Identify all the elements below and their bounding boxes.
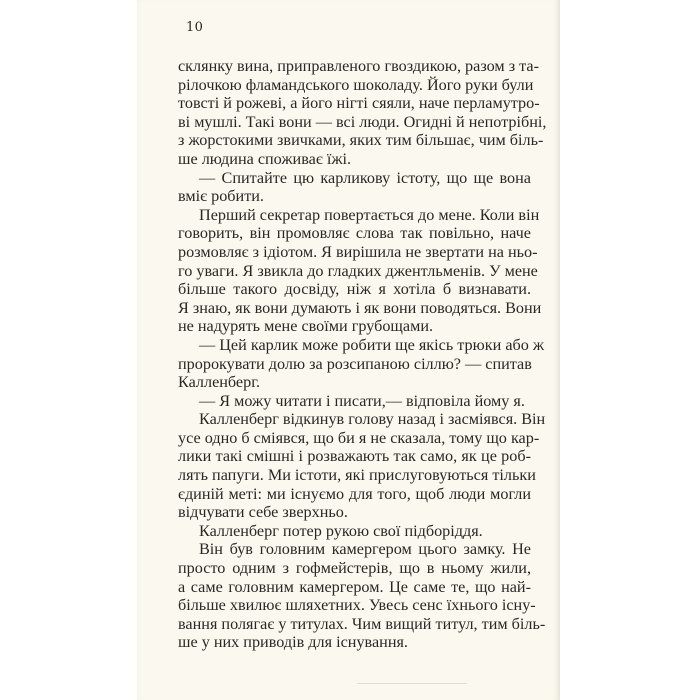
text-line: просто одним з гофмейстерів, що в ньому … [178, 559, 531, 578]
text-line: розмовляє з ідіотом. Я вирішила не зверт… [178, 243, 531, 262]
book-page: 10 склянку вина, приправленого гвоздикою… [137, 0, 560, 700]
text-line: лять папуги. Ми істоти, які прислуговуют… [178, 466, 531, 485]
text-line: Калленберг. [178, 373, 531, 392]
text-line: — Цей карлик може робити ще якісь трюки … [178, 336, 531, 355]
text-line: ві мушлі. Такі вони — всі люди. Огидні й… [178, 113, 531, 132]
text-line: Калленберг відкинув голову назад і засмі… [178, 410, 531, 429]
text-line: Я знаю, як вони думають і як вони поводя… [178, 299, 531, 318]
text-line: вання полягає у титулах. Чим вищий титул… [178, 615, 531, 634]
text-line: а саме головним камергером. Це саме те, … [178, 578, 531, 597]
text-line: Він був головним камергером цього замку.… [178, 540, 531, 559]
text-line: рілочкою фламандського шоколаду. Його ру… [178, 76, 531, 95]
text-line: товсті й рожеві, а його нігті сяяли, нач… [178, 94, 531, 113]
text-line: лики такі смішні і розважають так само, … [178, 447, 531, 466]
text-line: не надурять мене своїми грубощами. [178, 317, 531, 336]
text-line: більше такого досвіду, ніж я хотіла б ви… [178, 280, 531, 299]
text-line: говорить, він промовляє слова так повіль… [178, 224, 531, 243]
text-line: — Спитайте цю карликову істоту, що ще во… [178, 169, 531, 188]
text-line: вміє робити. [178, 187, 531, 206]
body-text: склянку вина, приправленого гвоздикою, р… [178, 57, 531, 652]
text-line: Калленберг потер рукою свої підборіддя. [178, 522, 531, 541]
text-line: єдиній меті: ми існуємо для того, щоб лю… [178, 485, 531, 504]
text-line: склянку вина, приправленого гвоздикою, р… [178, 57, 531, 76]
text-line: го уваги. Я звикла до гладких джентльмен… [178, 262, 531, 281]
text-line: більше хвилює шляхетних. Увесь сенс їхнь… [178, 596, 531, 615]
text-line: усе одно б сміявся, що би я не сказала, … [178, 429, 531, 448]
text-line: ше людина споживає їжі. [178, 150, 531, 169]
text-line: пророкувати долю за розсипаною сіллю? — … [178, 355, 531, 374]
text-line: — Я можу читати і писати,— відповіла йом… [178, 392, 531, 411]
text-line: відчувати себе зверхньо. [178, 503, 531, 522]
page-number: 10 [186, 20, 203, 35]
text-line: з жорстокими звичками, яких тим більшає,… [178, 131, 531, 150]
paper-mark [357, 683, 467, 684]
text-line: ше у них приводів для існування. [178, 633, 531, 652]
text-line: Перший секретар повертається до мене. Ко… [178, 206, 531, 225]
